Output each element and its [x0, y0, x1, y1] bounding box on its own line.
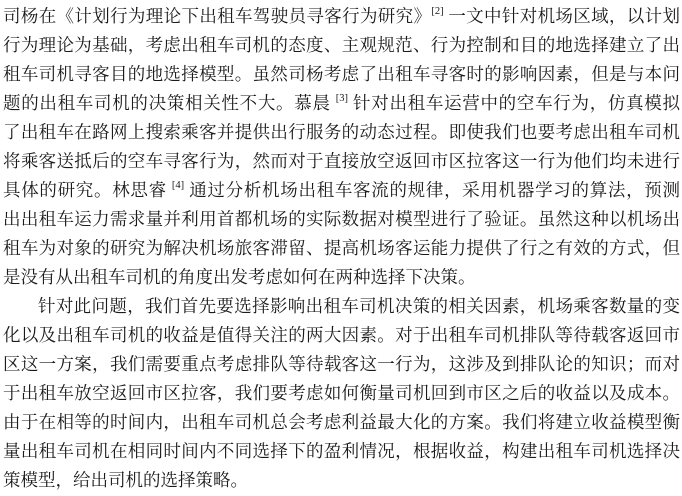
text-line: 具体的研究。林思睿 [4] 通过分析机场出租车客流的规律，采用机器学习的算法，预… [3, 176, 680, 205]
text-line: 了出租车在路网上搜索乘客并提供出行服务的动态过程。即使我们也要考虑出租车司机 [3, 118, 680, 147]
text-line: 题的出租车司机的决策相关性不大。慕晨 [3] 针对出租车运营中的空车行为，仿真模… [3, 89, 680, 118]
text-line: 租车司机寻客目的地选择模型。虽然司杨考虑了出租车寻客时的影响因素，但是与本问 [3, 60, 680, 89]
text-run: 租车为对象的研究为解决机场旅客滞留、提高机场客运能力提供了行之有效的方式，但 [3, 238, 680, 258]
problem-approach-paragraph: 针对此问题，我们首先要选择影响出租车司机决策的相关因素，机场乘客数量的变化以及出… [3, 292, 680, 495]
text-line: 出出租车运力需求量并利用首都机场的实际数据对模型进行了验证。虽然这种以机场出 [3, 205, 680, 234]
text-line: 将乘客送抵后的空车寻客行为，然而对于直接放空返回市区拉客这一行为他们均未进行 [3, 147, 680, 176]
text-line: 行为理论为基础，考虑出租车司机的态度、主观规范、行为控制和目的地选择建立了出 [3, 31, 680, 60]
document-body: 司杨在《计划行为理论下出租车驾驶员寻客行为研究》[2] 一文中针对机场区域，以计… [0, 0, 682, 496]
text-run: 司杨在《计划行为理论下出租车驾驶员寻客行为研究》 [3, 6, 431, 26]
text-run: 将乘客送抵后的空车寻客行为，然而对于直接放空返回市区拉客这一行为他们均未进行 [3, 151, 680, 171]
text-run: 由于在相等的时间内，出租车司机总会考虑利益最大化的方案。我们将建立收益模型衡 [3, 412, 680, 432]
text-run: 针对出租车运营中的空车行为，仿真模拟 [348, 93, 680, 113]
text-run: 行为理论为基础，考虑出租车司机的态度、主观规范、行为控制和目的地选择建立了出 [3, 35, 680, 55]
citation-superscript: [3] [336, 93, 348, 104]
text-run: 化以及出租车司机的收益是值得关注的两大因素。对于出租车司机排队等待载客返回市 [3, 325, 680, 345]
text-line: 策模型，给出司机的选择策略。 [3, 466, 680, 495]
text-run: 区这一方案，我们需要重点考虑排队等待载客这一行为，这涉及到排队论的知识；而对 [3, 354, 680, 374]
text-line: 于出租车放空返回市区拉客，我们要考虑如何衡量司机回到市区之后的收益以及成本。 [3, 379, 680, 408]
text-run: 通过分析机场出租车客流的规律，采用机器学习的算法，预测 [184, 180, 680, 200]
text-run: 针对此问题，我们首先要选择影响出租车司机决策的相关因素，机场乘客数量的变 [38, 296, 680, 316]
text-line: 是没有从出租车司机的角度出发考虑如何在两种选择下决策。 [3, 263, 680, 292]
text-line: 针对此问题，我们首先要选择影响出租车司机决策的相关因素，机场乘客数量的变 [3, 292, 680, 321]
document-page: { "page": { "background": "#ffffff", "te… [0, 0, 682, 496]
text-line: 区这一方案，我们需要重点考虑排队等待载客这一行为，这涉及到排队论的知识；而对 [3, 350, 680, 379]
text-run: 于出租车放空返回市区拉客，我们要考虑如何衡量司机回到市区之后的收益以及成本。 [3, 383, 680, 403]
text-line: 化以及出租车司机的收益是值得关注的两大因素。对于出租车司机排队等待载客返回市 [3, 321, 680, 350]
citation-superscript: [4] [172, 180, 184, 191]
text-line: 量出租车司机在相同时间内不同选择下的盈利情况，根据收益，构建出租车司机选择决 [3, 437, 680, 466]
text-run: 题的出租车司机的决策相关性不大。慕晨 [3, 93, 336, 113]
text-run: 一文中针对机场区域，以计划 [444, 6, 680, 26]
text-line: 由于在相等的时间内，出租车司机总会考虑利益最大化的方案。我们将建立收益模型衡 [3, 408, 680, 437]
literature-review-paragraph: 司杨在《计划行为理论下出租车驾驶员寻客行为研究》[2] 一文中针对机场区域，以计… [3, 2, 680, 292]
text-run: 量出租车司机在相同时间内不同选择下的盈利情况，根据收益，构建出租车司机选择决 [3, 441, 680, 461]
citation-superscript: [2] [431, 6, 443, 17]
text-line: 司杨在《计划行为理论下出租车驾驶员寻客行为研究》[2] 一文中针对机场区域，以计… [3, 2, 680, 31]
text-run: 租车司机寻客目的地选择模型。虽然司杨考虑了出租车寻客时的影响因素，但是与本问 [3, 64, 680, 84]
text-run: 出出租车运力需求量并利用首都机场的实际数据对模型进行了验证。虽然这种以机场出 [3, 209, 680, 229]
text-run: 策模型，给出司机的选择策略。 [3, 470, 248, 490]
text-run: 是没有从出租车司机的角度出发考虑如何在两种选择下决策。 [3, 267, 476, 287]
text-run: 了出租车在路网上搜索乘客并提供出行服务的动态过程。即使我们也要考虑出租车司机 [3, 122, 680, 142]
text-line: 租车为对象的研究为解决机场旅客滞留、提高机场客运能力提供了行之有效的方式，但 [3, 234, 680, 263]
text-run: 具体的研究。林思睿 [3, 180, 172, 200]
